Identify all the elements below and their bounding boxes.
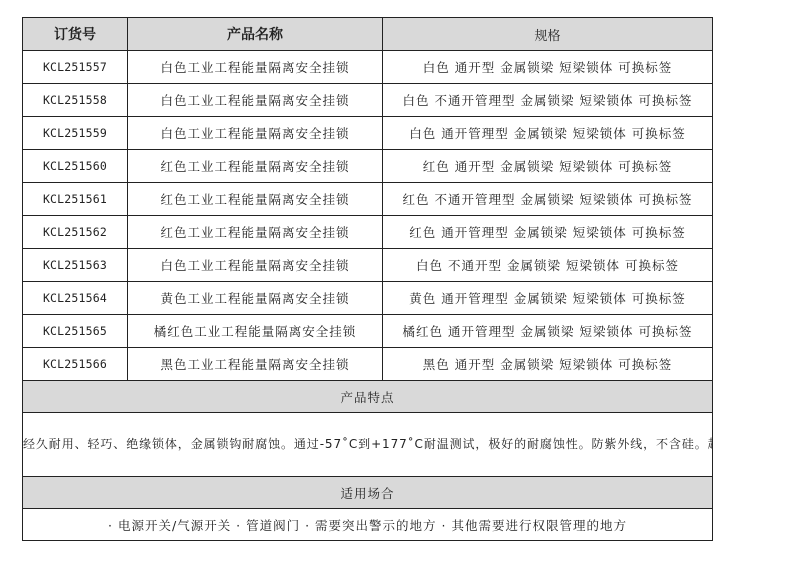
order-code: KCL251563 (23, 249, 128, 282)
features-row: 经久耐用、轻巧、绝缘锁体，金属锁钩耐腐蚀。通过-57˚C到+177˚C耐温测试，… (23, 413, 713, 477)
product-name: 白色工业工程能量隔离安全挂锁 (128, 84, 383, 117)
usage-title: 适用场合 (23, 477, 713, 509)
table-row: KCL251559 白色工业工程能量隔离安全挂锁 白色 通开管理型 金属锁梁 短… (23, 117, 713, 150)
order-code: KCL251565 (23, 315, 128, 348)
order-code: KCL251560 (23, 150, 128, 183)
order-code: KCL251559 (23, 117, 128, 150)
product-name: 橘红色工业工程能量隔离安全挂锁 (128, 315, 383, 348)
order-code: KCL251564 (23, 282, 128, 315)
product-name: 红色工业工程能量隔离安全挂锁 (128, 216, 383, 249)
product-name: 黄色工业工程能量隔离安全挂锁 (128, 282, 383, 315)
product-name: 红色工业工程能量隔离安全挂锁 (128, 183, 383, 216)
table-row: KCL251564 黄色工业工程能量隔离安全挂锁 黄色 通开管理型 金属锁梁 短… (23, 282, 713, 315)
table-row: KCL251558 白色工业工程能量隔离安全挂锁 白色 不通开管理型 金属锁梁 … (23, 84, 713, 117)
header-order-no: 订货号 (23, 18, 128, 51)
product-spec: 白色 通开管理型 金属锁梁 短梁锁体 可换标签 (383, 117, 713, 150)
header-product-name: 产品名称 (128, 18, 383, 51)
features-title: 产品特点 (23, 381, 713, 413)
order-code: KCL251562 (23, 216, 128, 249)
product-spec: 红色 通开型 金属锁梁 短梁锁体 可换标签 (383, 150, 713, 183)
header-row: 订货号 产品名称 规格 (23, 18, 713, 51)
product-name: 红色工业工程能量隔离安全挂锁 (128, 150, 383, 183)
usage-text: · 电源开关/气源开关 · 管道阀门 · 需要突出警示的地方 · 其他需要进行权… (23, 509, 713, 541)
usage-header-row: 适用场合 (23, 477, 713, 509)
product-name: 白色工业工程能量隔离安全挂锁 (128, 117, 383, 150)
usage-row: · 电源开关/气源开关 · 管道阀门 · 需要突出警示的地方 · 其他需要进行权… (23, 509, 713, 541)
order-code: KCL251561 (23, 183, 128, 216)
product-spec-table: 订货号 产品名称 规格 KCL251557 白色工业工程能量隔离安全挂锁 白色 … (22, 17, 713, 541)
table-row: KCL251565 橘红色工业工程能量隔离安全挂锁 橘红色 通开管理型 金属锁梁… (23, 315, 713, 348)
product-spec: 白色 不通开型 金属锁梁 短梁锁体 可换标签 (383, 249, 713, 282)
features-header-row: 产品特点 (23, 381, 713, 413)
product-name: 白色工业工程能量隔离安全挂锁 (128, 51, 383, 84)
product-spec: 橘红色 通开管理型 金属锁梁 短梁锁体 可换标签 (383, 315, 713, 348)
product-spec: 黄色 通开管理型 金属锁梁 短梁锁体 可换标签 (383, 282, 713, 315)
order-code: KCL251566 (23, 348, 128, 381)
product-name: 白色工业工程能量隔离安全挂锁 (128, 249, 383, 282)
table-row: KCL251557 白色工业工程能量隔离安全挂锁 白色 通开型 金属锁梁 短梁锁… (23, 51, 713, 84)
table-row: KCL251562 红色工业工程能量隔离安全挂锁 红色 通开管理型 金属锁梁 短… (23, 216, 713, 249)
product-spec: 红色 不通开管理型 金属锁梁 短梁锁体 可换标签 (383, 183, 713, 216)
features-text: 经久耐用、轻巧、绝缘锁体，金属锁钩耐腐蚀。通过-57˚C到+177˚C耐温测试，… (23, 413, 713, 477)
order-code: KCL251558 (23, 84, 128, 117)
product-spec: 白色 不通开管理型 金属锁梁 短梁锁体 可换标签 (383, 84, 713, 117)
header-spec: 规格 (383, 18, 713, 51)
table-row: KCL251561 红色工业工程能量隔离安全挂锁 红色 不通开管理型 金属锁梁 … (23, 183, 713, 216)
table-row: KCL251563 白色工业工程能量隔离安全挂锁 白色 不通开型 金属锁梁 短梁… (23, 249, 713, 282)
product-spec: 黑色 通开型 金属锁梁 短梁锁体 可换标签 (383, 348, 713, 381)
product-spec: 白色 通开型 金属锁梁 短梁锁体 可换标签 (383, 51, 713, 84)
table-row: KCL251566 黑色工业工程能量隔离安全挂锁 黑色 通开型 金属锁梁 短梁锁… (23, 348, 713, 381)
product-name: 黑色工业工程能量隔离安全挂锁 (128, 348, 383, 381)
order-code: KCL251557 (23, 51, 128, 84)
table-row: KCL251560 红色工业工程能量隔离安全挂锁 红色 通开型 金属锁梁 短梁锁… (23, 150, 713, 183)
product-spec: 红色 通开管理型 金属锁梁 短梁锁体 可换标签 (383, 216, 713, 249)
